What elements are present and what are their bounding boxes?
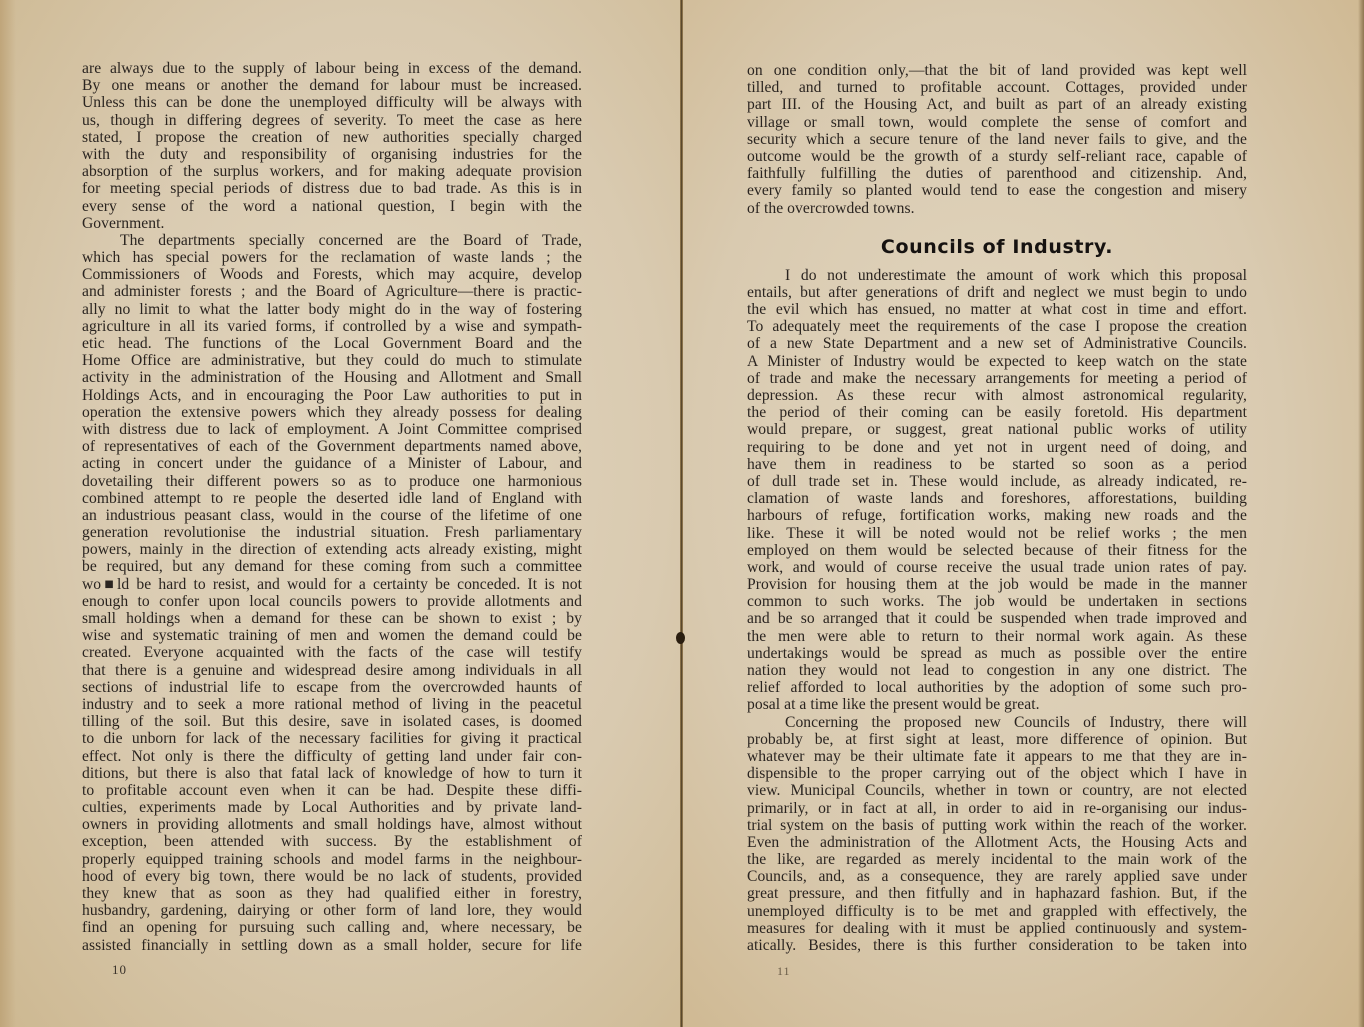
text-line: dovetailing their different powers so as… bbox=[82, 473, 582, 490]
text-line: with distress due to lack of employment.… bbox=[82, 421, 582, 438]
text-line: assisted financially in settling down as… bbox=[82, 937, 582, 954]
text-line: ally no limit to what the latter body mi… bbox=[82, 301, 582, 318]
left-page: are always due to the supply of labour b… bbox=[0, 0, 682, 1027]
text-line: small holdings when a demand for these c… bbox=[82, 610, 582, 627]
text-line: hood of every big town, there would be n… bbox=[82, 868, 582, 885]
text-line: wise and systematic training of men and … bbox=[82, 627, 582, 644]
text-line: nation they would not lead to congestion… bbox=[747, 662, 1247, 679]
text-line: common to such works. The job would be u… bbox=[747, 593, 1247, 610]
text-line: security which a secure tenure of the la… bbox=[747, 131, 1247, 148]
text-line: ditions, but there is also that fatal la… bbox=[82, 765, 582, 782]
text-line: of representatives of each of the Govern… bbox=[82, 438, 582, 455]
text-line: part III. of the Housing Act, and built … bbox=[747, 96, 1247, 113]
text-line: sections of industrial life to escape fr… bbox=[82, 679, 582, 696]
text-line: entails, but after generations of drift … bbox=[747, 284, 1247, 301]
text-line: culties, experiments made by Local Autho… bbox=[82, 799, 582, 816]
text-line: relief afforded to local authorities by … bbox=[747, 679, 1247, 696]
text-line: us, though in differing degrees of sever… bbox=[82, 112, 582, 129]
text-line: work, and would of course receive the us… bbox=[747, 559, 1247, 576]
text-line: Holdings Acts, and in encouraging the Po… bbox=[82, 387, 582, 404]
text-line: Provision for housing them at the job wo… bbox=[747, 576, 1247, 593]
paragraph-start-line: I do not underestimate the amount of wor… bbox=[747, 267, 1247, 284]
staple-hole bbox=[676, 632, 685, 644]
text-line: absorption of the surplus workers, and f… bbox=[82, 163, 582, 180]
text-line: measures for dealing with it must be app… bbox=[747, 920, 1247, 937]
text-line: be required, but any demand for these co… bbox=[82, 558, 582, 575]
text-line: properly equipped training schools and m… bbox=[82, 851, 582, 868]
text-line: enough to confer upon local councils pow… bbox=[82, 593, 582, 610]
text-line: to die unborn for lack of the necessary … bbox=[82, 730, 582, 747]
text-line: that there is a genuine and widespread d… bbox=[82, 662, 582, 679]
right-page: on one condition only,—that the bit of l… bbox=[682, 0, 1364, 1027]
book-spread: are always due to the supply of labour b… bbox=[0, 0, 1364, 1027]
left-page-text: are always due to the supply of labour b… bbox=[82, 60, 582, 954]
text-line: activity in the administration of the Ho… bbox=[82, 369, 582, 386]
text-line: stated, I propose the creation of new au… bbox=[82, 129, 582, 146]
text-line: of trade and make the necessary arrangem… bbox=[747, 370, 1247, 387]
text-line: find an opening for pursuing such callin… bbox=[82, 919, 582, 936]
text-line: and administer forests ; and the Board o… bbox=[82, 283, 582, 300]
text-line: of a new State Department and a new set … bbox=[747, 335, 1247, 352]
text-line: agriculture in all its varied forms, if … bbox=[82, 318, 582, 335]
text-line: whatever may be their ultimate fate it a… bbox=[747, 748, 1247, 765]
text-line: primarily, or in fact at all, in order t… bbox=[747, 800, 1247, 817]
text-line: acting in concert under the guidance of … bbox=[82, 455, 582, 472]
text-line: exception, been attended with success. B… bbox=[82, 833, 582, 850]
text-line: Commissioners of Woods and Forests, whic… bbox=[82, 266, 582, 283]
text-line: dispensible to the proper carrying out o… bbox=[747, 765, 1247, 782]
text-line: posal at a time like the present would b… bbox=[747, 696, 1247, 713]
text-line: owners in providing allotments and small… bbox=[82, 816, 582, 833]
text-line: Even the administration of the Allotment… bbox=[747, 834, 1247, 851]
text-line: probably be, at first sight at least, mo… bbox=[747, 731, 1247, 748]
text-line: operation the extensive powers which the… bbox=[82, 404, 582, 421]
text-line: the evil which has ensued, no matter at … bbox=[747, 301, 1247, 318]
paragraph-start-line: Concerning the proposed new Councils of … bbox=[747, 714, 1247, 731]
text-line: powers, mainly in the direction of exten… bbox=[82, 541, 582, 558]
text-line: have them in readiness to be started so … bbox=[747, 456, 1247, 473]
paragraph-start-line: The departments specially concerned are … bbox=[82, 232, 582, 249]
book-spine bbox=[680, 0, 683, 1027]
text-line: harbours of refuge, fortification works,… bbox=[747, 507, 1247, 524]
text-line: village or small town, would complete th… bbox=[747, 114, 1247, 131]
text-line: By one means or another the demand for l… bbox=[82, 77, 582, 94]
text-line: the like, are regarded as merely inciden… bbox=[747, 851, 1247, 868]
text-line: an industrious peasant class, would in t… bbox=[82, 507, 582, 524]
text-line: husbandry, gardening, dairying or other … bbox=[82, 902, 582, 919]
text-line: and be so arranged that it could be susp… bbox=[747, 610, 1247, 627]
text-line: every family so planted would tend to ea… bbox=[747, 182, 1247, 199]
text-line: view. Municipal Councils, whether in tow… bbox=[747, 782, 1247, 799]
text-line: outcome would be the growth of a sturdy … bbox=[747, 148, 1247, 165]
text-line: Unless this can be done the unemployed d… bbox=[82, 94, 582, 111]
text-line: to profitable account even when it can b… bbox=[82, 782, 582, 799]
text-line: on one condition only,—that the bit of l… bbox=[747, 62, 1247, 79]
text-line: atically. Besides, there is this further… bbox=[747, 937, 1247, 954]
text-line: combined attempt to re people the desert… bbox=[82, 490, 582, 507]
page-number-left: 10 bbox=[112, 962, 127, 978]
text-line: every sense of the word a national quest… bbox=[82, 198, 582, 215]
section-heading: Councils of Industry. bbox=[747, 235, 1247, 259]
text-line: generation revolutionise the industrial … bbox=[82, 524, 582, 541]
text-line: tilling of the soil. But this desire, sa… bbox=[82, 713, 582, 730]
text-line: To adequately meet the requirements of t… bbox=[747, 318, 1247, 335]
text-line: of dull trade set in. These would includ… bbox=[747, 473, 1247, 490]
right-page-text: on one condition only,—that the bit of l… bbox=[747, 62, 1247, 954]
text-line: Councils, and, as a consequence, they ar… bbox=[747, 868, 1247, 885]
text-line: tilled, and turned to profitable account… bbox=[747, 79, 1247, 96]
text-line: Government. bbox=[82, 215, 582, 232]
text-line: would prepare, or suggest, great nationa… bbox=[747, 421, 1247, 438]
text-line: which has special powers for the reclama… bbox=[82, 249, 582, 266]
text-line: the men were able to return to their nor… bbox=[747, 628, 1247, 645]
text-line: the period of their coming can be easily… bbox=[747, 404, 1247, 421]
text-line: Home Office are administrative, but they… bbox=[82, 352, 582, 369]
text-line: unemployed difficulty is to be met and g… bbox=[747, 903, 1247, 920]
text-line: employed on them would be selected becau… bbox=[747, 542, 1247, 559]
text-line: great pressure, and then fitfully and in… bbox=[747, 885, 1247, 902]
text-line: they knew that as soon as they had quali… bbox=[82, 885, 582, 902]
text-line: depression. As these recur with almost a… bbox=[747, 387, 1247, 404]
text-line: are always due to the supply of labour b… bbox=[82, 60, 582, 77]
text-line: etic head. The functions of the Local Go… bbox=[82, 335, 582, 352]
text-line: like. These it will be noted would not b… bbox=[747, 525, 1247, 542]
text-line: clamation of waste lands and foreshores,… bbox=[747, 490, 1247, 507]
text-line: with the duty and responsibility of orga… bbox=[82, 146, 582, 163]
text-line: industry and to seek a more rational met… bbox=[82, 696, 582, 713]
text-line: requiring to be done and yet not in urge… bbox=[747, 439, 1247, 456]
text-line: created. Everyone acquainted with the fa… bbox=[82, 644, 582, 661]
text-line: undertakings would be spread as much as … bbox=[747, 645, 1247, 662]
text-line: effect. Not only is there the difficulty… bbox=[82, 748, 582, 765]
text-line: of the overcrowded towns. bbox=[747, 200, 1247, 217]
text-line: faithfully fulfilling the duties of pare… bbox=[747, 165, 1247, 182]
text-line: wo■ld be hard to resist, and would for a… bbox=[82, 576, 582, 593]
text-line: for meeting special periods of distress … bbox=[82, 180, 582, 197]
text-line: trial system on the basis of putting wor… bbox=[747, 817, 1247, 834]
page-number-right: 11 bbox=[777, 964, 791, 979]
text-line: A Minister of Industry would be expected… bbox=[747, 353, 1247, 370]
